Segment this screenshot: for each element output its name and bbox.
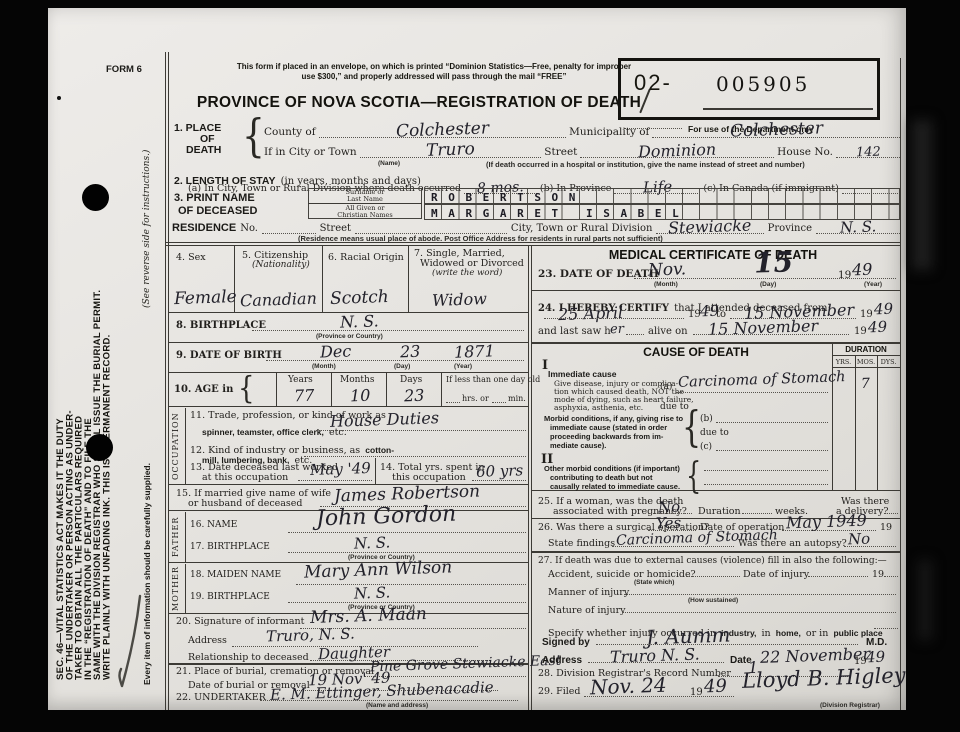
physician-address-line — [588, 662, 724, 663]
morbid-note-4: mediate cause). — [550, 441, 606, 450]
dod-pre19: 19 — [838, 269, 851, 281]
father-birthplace-value: N. S. — [354, 533, 391, 552]
lastsaw-year: 49 — [868, 318, 888, 337]
age-cell-divider — [386, 372, 387, 406]
item11-line — [316, 430, 526, 431]
duration-mos-header: MOS. — [855, 358, 877, 366]
residence-label: RESIDENCE — [172, 222, 236, 234]
age-min-label: min. — [508, 394, 526, 403]
dod-day-caption: (Day) — [760, 281, 776, 288]
age-months-value: 10 — [350, 386, 371, 406]
q27-specify-line — [874, 628, 898, 629]
dob-year-caption: (Year) — [454, 363, 472, 370]
lastsaw-line — [693, 334, 849, 335]
from-pre19: 19 — [688, 309, 701, 320]
mother-birthplace-label: 19. BIRTHPLACE — [190, 592, 270, 602]
age-hrs-label: hrs. or — [462, 394, 489, 403]
mother-maiden-value: Mary Ann Wilson — [304, 557, 453, 582]
cause-header: CAUSE OF DEATH — [568, 345, 824, 359]
q26-findings-label: State findings — [548, 538, 615, 549]
item12-line — [304, 456, 526, 457]
immediate-note-4: asphyxia, asthenia, etc. — [554, 403, 643, 412]
cause-b-label: (b) — [700, 414, 713, 424]
dod-line — [634, 278, 896, 279]
immediate-cause-title: Immediate cause — [548, 369, 617, 379]
father-name-value: John Gordon — [316, 502, 457, 532]
column-divider — [528, 245, 529, 710]
section-rule — [166, 242, 900, 243]
physician-address-label: Address — [542, 655, 582, 666]
duration-dys-header: DYS. — [877, 358, 900, 366]
item13-label-2: at this occupation — [202, 472, 288, 483]
surname-sublabel-l2: Last Name — [308, 196, 422, 203]
cause-box-top — [532, 342, 900, 344]
to-year: 49 — [874, 300, 894, 319]
birthplace-value: N. S. — [340, 311, 379, 331]
citizenship-value: Canadian — [240, 289, 317, 311]
attended-from-line — [544, 318, 684, 319]
age-years-value: 77 — [294, 386, 315, 406]
q29-year: 49 — [704, 676, 728, 698]
division-registrar-signature: Lloyd B. Higley — [742, 663, 906, 693]
residence-division-label: City, Town or Rural Division — [511, 223, 653, 234]
form-border-right — [900, 58, 901, 710]
cell-divider — [408, 246, 409, 312]
informant-label: 20. Signature of informant — [176, 616, 304, 627]
item14-value: 60 yrs — [476, 461, 524, 481]
duration-header: DURATION — [832, 345, 900, 354]
dod-month-caption: (Month) — [654, 281, 678, 288]
mother-maiden-label: 18. MAIDEN NAME — [190, 570, 281, 580]
q27-nature-label: Nature of injury — [548, 605, 625, 616]
municipality-label: Municipality of — [569, 126, 649, 138]
dod-year-value: 49 — [852, 260, 873, 280]
occupation-vertical-label: OCCUPATION — [171, 408, 184, 484]
q29-filed-label: 29. Filed — [538, 686, 581, 697]
mail-note-line1: This form if placed in an envelope, on w… — [216, 62, 652, 72]
q26-pre19: 19 — [880, 522, 892, 533]
father-name-label: 16. NAME — [190, 520, 237, 530]
scan-smudge — [912, 120, 932, 270]
punch-hole — [86, 434, 113, 461]
cause-a-label: (a) — [660, 382, 672, 392]
residence-no-line — [262, 218, 316, 234]
residence-province-line: N. S. — [816, 218, 900, 234]
racial-origin-value: Scotch — [330, 287, 389, 309]
age-hrs-line — [446, 402, 460, 403]
q27-spec-in: in — [762, 628, 771, 639]
item11-value: House Duties — [330, 408, 440, 431]
municipality-line: Colchester — [652, 120, 900, 138]
other-note-2: contributing to death but not — [550, 473, 652, 482]
father-vertical-label: FATHER — [171, 512, 184, 562]
residence-province-value: N. S. — [840, 217, 877, 236]
serial-number: 005905 — [716, 72, 810, 96]
street-line: Dominion — [580, 140, 774, 158]
q25-duration-label: Duration — [698, 506, 741, 517]
punch-hole — [82, 184, 109, 211]
age-cell-divider — [441, 372, 442, 406]
occupation-bracket-line — [185, 408, 186, 484]
rule — [169, 406, 528, 407]
lastsaw-fill: er — [610, 322, 624, 337]
form-title: PROVINCE OF NOVA SCOTIA—REGISTRATION OF … — [186, 94, 652, 112]
form-border-left — [168, 52, 169, 710]
house-no-label: House No. — [777, 146, 833, 158]
dob-line — [266, 360, 524, 361]
informant-relationship-label: Relationship to deceased — [188, 652, 309, 663]
city-label: If in City or Town — [264, 146, 357, 158]
county-label: County of — [264, 126, 316, 138]
sex-value: Female — [174, 287, 237, 309]
cause-c-line — [716, 450, 828, 451]
heavy-rule — [532, 551, 900, 553]
duration-rule — [832, 355, 900, 356]
other-line-1 — [704, 470, 828, 471]
dob-day-caption: (Day) — [394, 363, 410, 370]
dob-month-value: Dec — [320, 341, 352, 361]
street-value: Dominion — [638, 140, 717, 162]
ink-speck — [57, 96, 61, 100]
place-city-row: If in City or Town Truro Street Dominion… — [264, 140, 900, 158]
surname-sublabel: Surname or Last Name — [308, 189, 422, 203]
mother-maiden-line — [296, 584, 526, 585]
q26-autopsy-label: Was there an autopsy? — [738, 538, 847, 549]
age-min-line — [492, 402, 506, 403]
birthplace-caption: (Province or Country) — [316, 333, 383, 340]
age-years-header: Years — [288, 375, 313, 385]
age-label: 10. AGE in — [174, 384, 233, 395]
q27-spec-home: home, — [776, 628, 801, 638]
residence-street-line — [355, 218, 507, 234]
cause-a-duration-mos: 7 — [861, 376, 870, 392]
q27-nature-line — [622, 612, 896, 613]
q27-pre19: 19 — [872, 569, 884, 580]
father-name-line — [288, 532, 526, 533]
residence-no-label: No. — [240, 223, 258, 234]
county-value: Colchester — [396, 118, 490, 141]
scan-smudge — [918, 560, 932, 640]
informant-address-label: Address — [188, 635, 227, 646]
mother-vertical-label: MOTHER — [171, 564, 184, 614]
sex-label: 4. Sex — [176, 252, 206, 263]
other-note-3: causally related to immediate cause. — [550, 482, 680, 491]
mother-bracket-line — [185, 564, 186, 614]
lastsaw-date-value: 15 November — [708, 316, 819, 339]
lastsaw-pre19: 19 — [854, 326, 867, 337]
other-line-2 — [704, 484, 828, 485]
house-no-value: 142 — [855, 145, 880, 161]
q26-findings-line — [612, 546, 734, 547]
duration-yrs-header: YRS. — [832, 358, 855, 366]
county-line: Colchester — [319, 120, 567, 138]
scanned-death-registration: { "colors":{"paper":"#e6e4e0","ink":"#21… — [0, 0, 960, 732]
q27-accident-line — [686, 576, 740, 577]
form-border-left — [165, 52, 166, 710]
division-registrar-caption: (Division Registrar) — [820, 702, 880, 709]
given-sublabel: All Given or Christian Names — [308, 205, 422, 219]
age-cell-divider — [276, 372, 277, 406]
lastsaw-gap-line — [626, 334, 644, 335]
house-no-line: 142 — [836, 140, 900, 158]
age-cell-divider — [331, 372, 332, 406]
citizenship-sublabel: (Nationality) — [252, 260, 310, 270]
rule — [169, 372, 528, 373]
rule — [532, 290, 900, 291]
dod-year-caption: (Year) — [864, 281, 882, 288]
duration-col-divider — [855, 355, 856, 490]
morbid-note-2: immediate cause (stated in order — [550, 423, 667, 432]
age-less-day-label: If less than one day old — [446, 375, 540, 384]
column-divider — [531, 245, 532, 710]
name-caption: (Name) — [378, 160, 400, 167]
undertaker-label: 22. UNDERTAKER — [176, 692, 266, 703]
undertaker-caption: (Name and address) — [366, 702, 428, 709]
q25-duration-line — [742, 513, 772, 514]
duration-col-divider — [877, 355, 878, 490]
duration-rule — [832, 367, 900, 368]
age-days-value: 23 — [404, 386, 425, 406]
informant-address-value: Truro, N. S. — [266, 624, 355, 645]
see-reverse-note: (See reverse side for instructions.) — [142, 118, 158, 308]
alive-on-label: alive on — [648, 326, 688, 337]
cause-due-to-2: due to — [700, 428, 729, 438]
q26-autopsy-line — [844, 546, 896, 547]
father-bracket-line — [185, 512, 186, 562]
q27-label: 27. If death was due to external causes … — [538, 556, 887, 566]
residence-division-line: Stewiacke — [656, 218, 763, 234]
hospital-note: (If death occurred in a hospital or inst… — [486, 160, 805, 169]
cause-a-line — [676, 392, 828, 393]
age-brace: { — [238, 371, 255, 407]
place-county-row: County of Colchester Municipality of Col… — [264, 120, 900, 138]
item15-label-2: or husband of deceased — [188, 498, 303, 509]
place-label-3: DEATH — [186, 144, 221, 156]
residence-province-label: Province — [768, 223, 812, 234]
medical-cert-title: MEDICAL CERTIFICATE OF DEATH — [533, 248, 893, 262]
serial-prefix: 02- — [634, 70, 672, 96]
cell-divider — [322, 246, 323, 312]
age-days-header: Days — [400, 375, 422, 385]
item11-bold: spinner, teamster, office clerk, — [202, 427, 324, 437]
cause-b-line — [716, 422, 828, 423]
morbid-note-1: Morbid conditions, if any, giving rise t… — [544, 414, 683, 423]
item12-bold1: cotton- — [365, 445, 394, 455]
item14-line — [472, 480, 526, 481]
street-label: Street — [544, 146, 577, 158]
birthplace-line — [252, 330, 524, 331]
municipality-value: Colchester — [729, 118, 823, 141]
other-note-1: Other morbid conditions (if important) — [544, 464, 680, 473]
q29-line — [584, 696, 734, 697]
signed-by-label: Signed by — [542, 637, 590, 648]
cause-c-label: (c) — [700, 442, 712, 452]
father-birthplace-label: 17. BIRTHPLACE — [190, 542, 270, 552]
lastsaw-pre: and last saw h — [538, 326, 611, 337]
other-brace: { — [686, 455, 701, 497]
place-brace: { — [242, 111, 265, 162]
dod-day-value: 15 — [753, 245, 793, 279]
pen-checkmark — [112, 592, 146, 692]
q27-state-which-caption: (State which) — [634, 579, 674, 586]
city-value: Truro — [426, 139, 475, 161]
serial-underline — [703, 108, 873, 110]
q27-injury-date-line — [808, 576, 868, 577]
q27-spec-orin: or in — [806, 628, 828, 639]
morbid-brace: { — [682, 403, 701, 452]
mother-birthplace-value: N. S. — [354, 583, 391, 602]
item13-value: May '49 — [310, 459, 371, 479]
form-number-label: FORM 6 — [106, 64, 142, 75]
item13-14-divider — [375, 458, 376, 484]
marital-value: Widow — [432, 289, 487, 310]
racial-origin-label: 6. Racial Origin — [328, 252, 404, 263]
print-name-label-1: 3. PRINT NAME — [174, 192, 255, 204]
mother-birthplace-line — [288, 602, 526, 603]
dob-day-value: 23 — [400, 342, 421, 362]
q27-injury-date-label: Date of injury — [743, 569, 809, 580]
cause-a-value: Carcinoma of Stomach — [678, 369, 846, 391]
q27-how-sustained-caption: (How sustained) — [688, 597, 738, 604]
morbid-note-3: proceeding backwards from im- — [550, 432, 663, 441]
attended-from-value: 25 April — [558, 303, 624, 324]
city-line: Truro — [360, 140, 542, 158]
dob-year-value: 1871 — [454, 341, 495, 361]
certificate-paper: FORM 6 SEC. 46—VITAL STATISTICS ACT MAKE… — [48, 8, 906, 710]
residence-street-label: Street — [320, 223, 352, 234]
q25-delivery-line — [884, 513, 898, 514]
mail-note-line2: use $300,” and properly addressed will p… — [216, 72, 652, 82]
q27-manner-line — [624, 594, 896, 595]
print-name-label-2: OF DECEASED — [178, 205, 257, 217]
age-months-header: Months — [340, 375, 374, 385]
surname-cells: ROBERTSON — [424, 188, 900, 204]
mail-instructions: This form if placed in an envelope, on w… — [216, 62, 652, 82]
marital-label-3: (write the word) — [432, 268, 502, 278]
burial-value: Pine Grove Stewiacke East — [370, 653, 562, 676]
father-birthplace-line — [288, 552, 526, 553]
dob-month-caption: (Month) — [312, 363, 336, 370]
q27-injury-year-line — [884, 576, 898, 577]
residence-division-value: Stewiacke — [668, 216, 752, 238]
q27-manner-label: Manner of injury — [548, 587, 629, 598]
item13-line — [298, 480, 372, 481]
residence-row: RESIDENCE No. Street City, Town or Rural… — [172, 218, 900, 234]
physician-address-value: Truro N. S. — [610, 644, 700, 666]
undertaker-line — [260, 700, 518, 701]
